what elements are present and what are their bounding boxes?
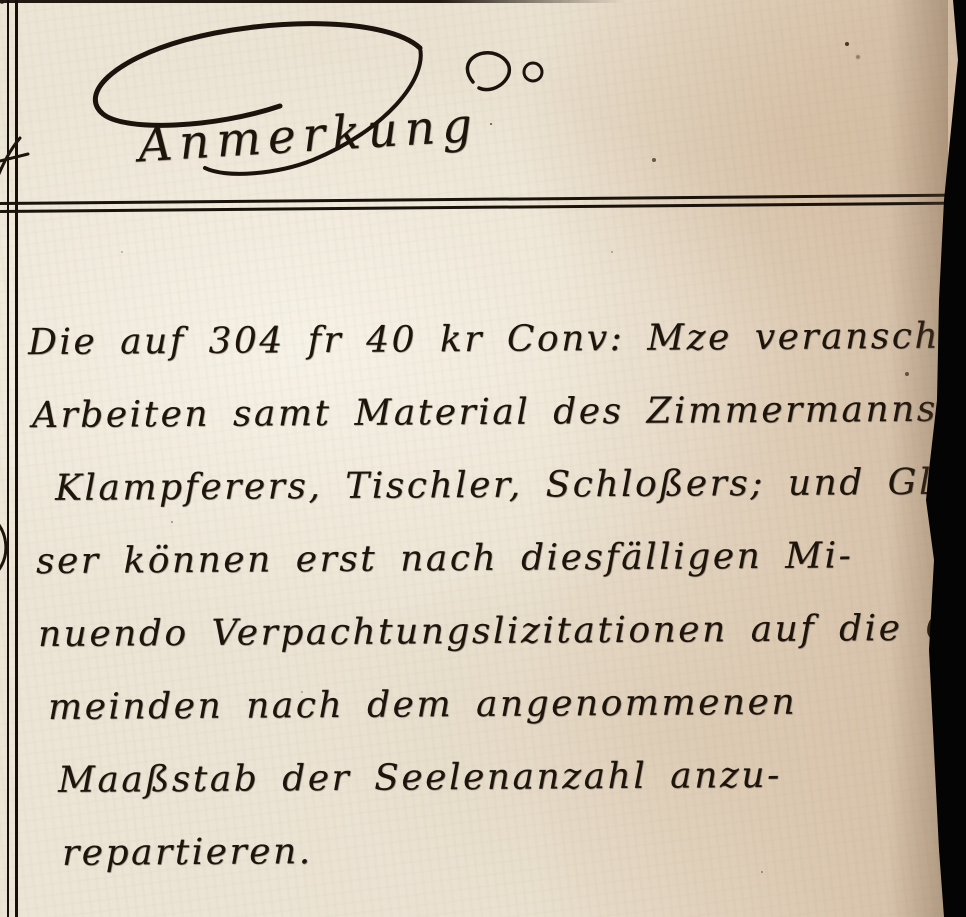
handwritten-line: Arbeiten samt Material des Zimmermanns- <box>0 373 950 453</box>
margin-ink-mark <box>0 132 34 180</box>
handwritten-line: meinden nach dem angenommenen <box>0 665 950 745</box>
manuscript-page: Anmerkung Die auf 304 fr 40 kr Conv: Mze… <box>0 0 966 917</box>
handwritten-line: Die auf 304 fr 40 kr Conv: Mze veranschl… <box>0 300 950 380</box>
handwritten-line: Maaßstab der Seelenanzahl anzu- <box>0 738 950 818</box>
handwritten-line: Klampferers, Tischler, Schloßers; und Gl… <box>0 446 950 526</box>
top-edge-rule <box>0 0 625 3</box>
handwritten-line: nuendo Verpachtungslizitationen auf die … <box>0 592 950 672</box>
handwritten-paragraph: Die auf 304 fr 40 kr Conv: Mze veranschl… <box>0 303 950 887</box>
handwritten-line: repartieren. <box>0 811 950 891</box>
handwritten-line: ser können erst nach diesfälligen Mi- <box>0 519 950 599</box>
